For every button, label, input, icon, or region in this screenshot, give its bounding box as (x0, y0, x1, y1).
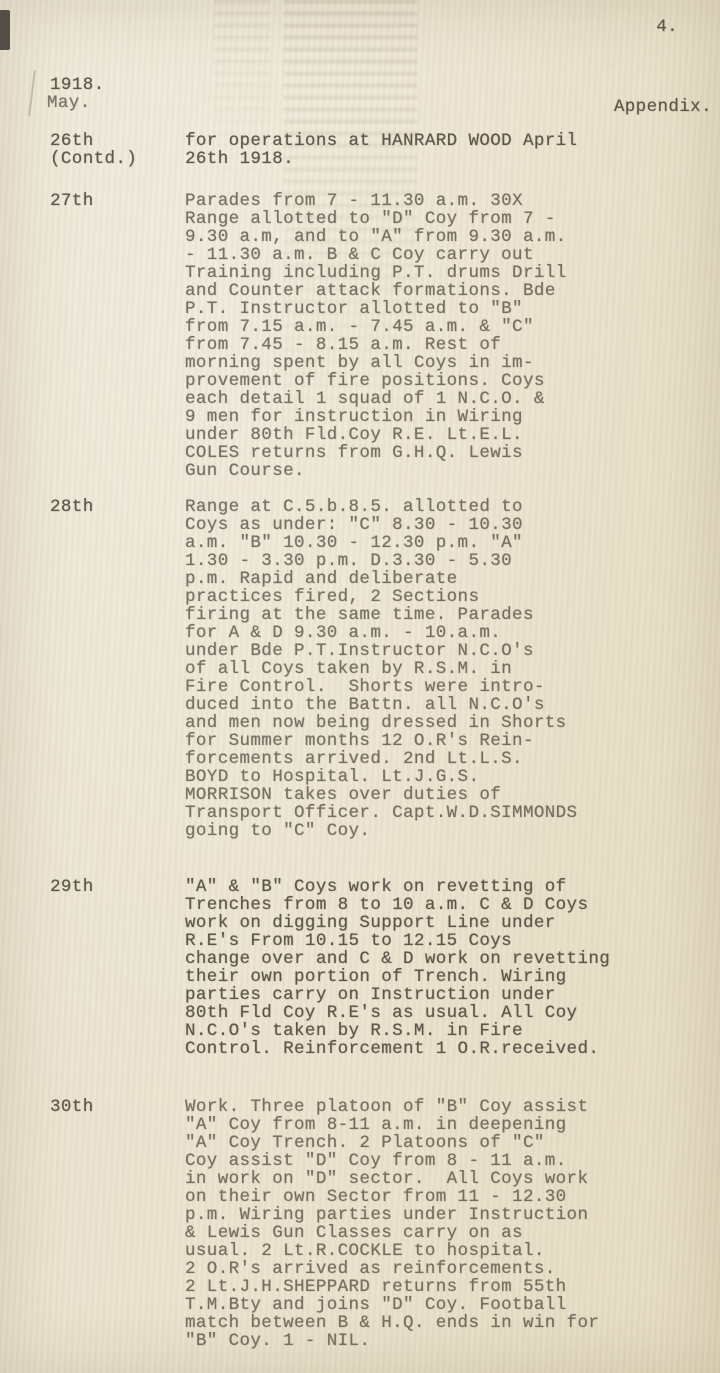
entry-date: 27th (50, 192, 180, 210)
entry-date: 29th (50, 878, 180, 896)
entry-date: 28th (50, 498, 180, 516)
pencil-stroke (28, 70, 36, 116)
entry-date: 26th (Contd.) (50, 132, 180, 168)
document-page: 4. 1918. May. Appendix. 26th (Contd.) fo… (0, 0, 720, 1373)
entry-body: "A" & "B" Coys work on revetting of Tren… (185, 878, 655, 1058)
entry-body: Work. Three platoon of "B" Coy assist "A… (185, 1098, 655, 1350)
page-number: 4. (656, 18, 678, 36)
entry-body: Range at C.5.b.8.5. allotted to Coys as … (185, 498, 655, 840)
entry-body: Parades from 7 - 11.30 a.m. 30X Range al… (185, 192, 655, 480)
entry-date: 30th (50, 1098, 180, 1116)
scan-edge-mark (0, 10, 10, 50)
month-label: May. (47, 94, 91, 112)
year-label: 1918. (50, 76, 105, 94)
entry-body: for operations at HANRARD WOOD April 26t… (185, 132, 655, 168)
appendix-label: Appendix. (614, 98, 712, 116)
